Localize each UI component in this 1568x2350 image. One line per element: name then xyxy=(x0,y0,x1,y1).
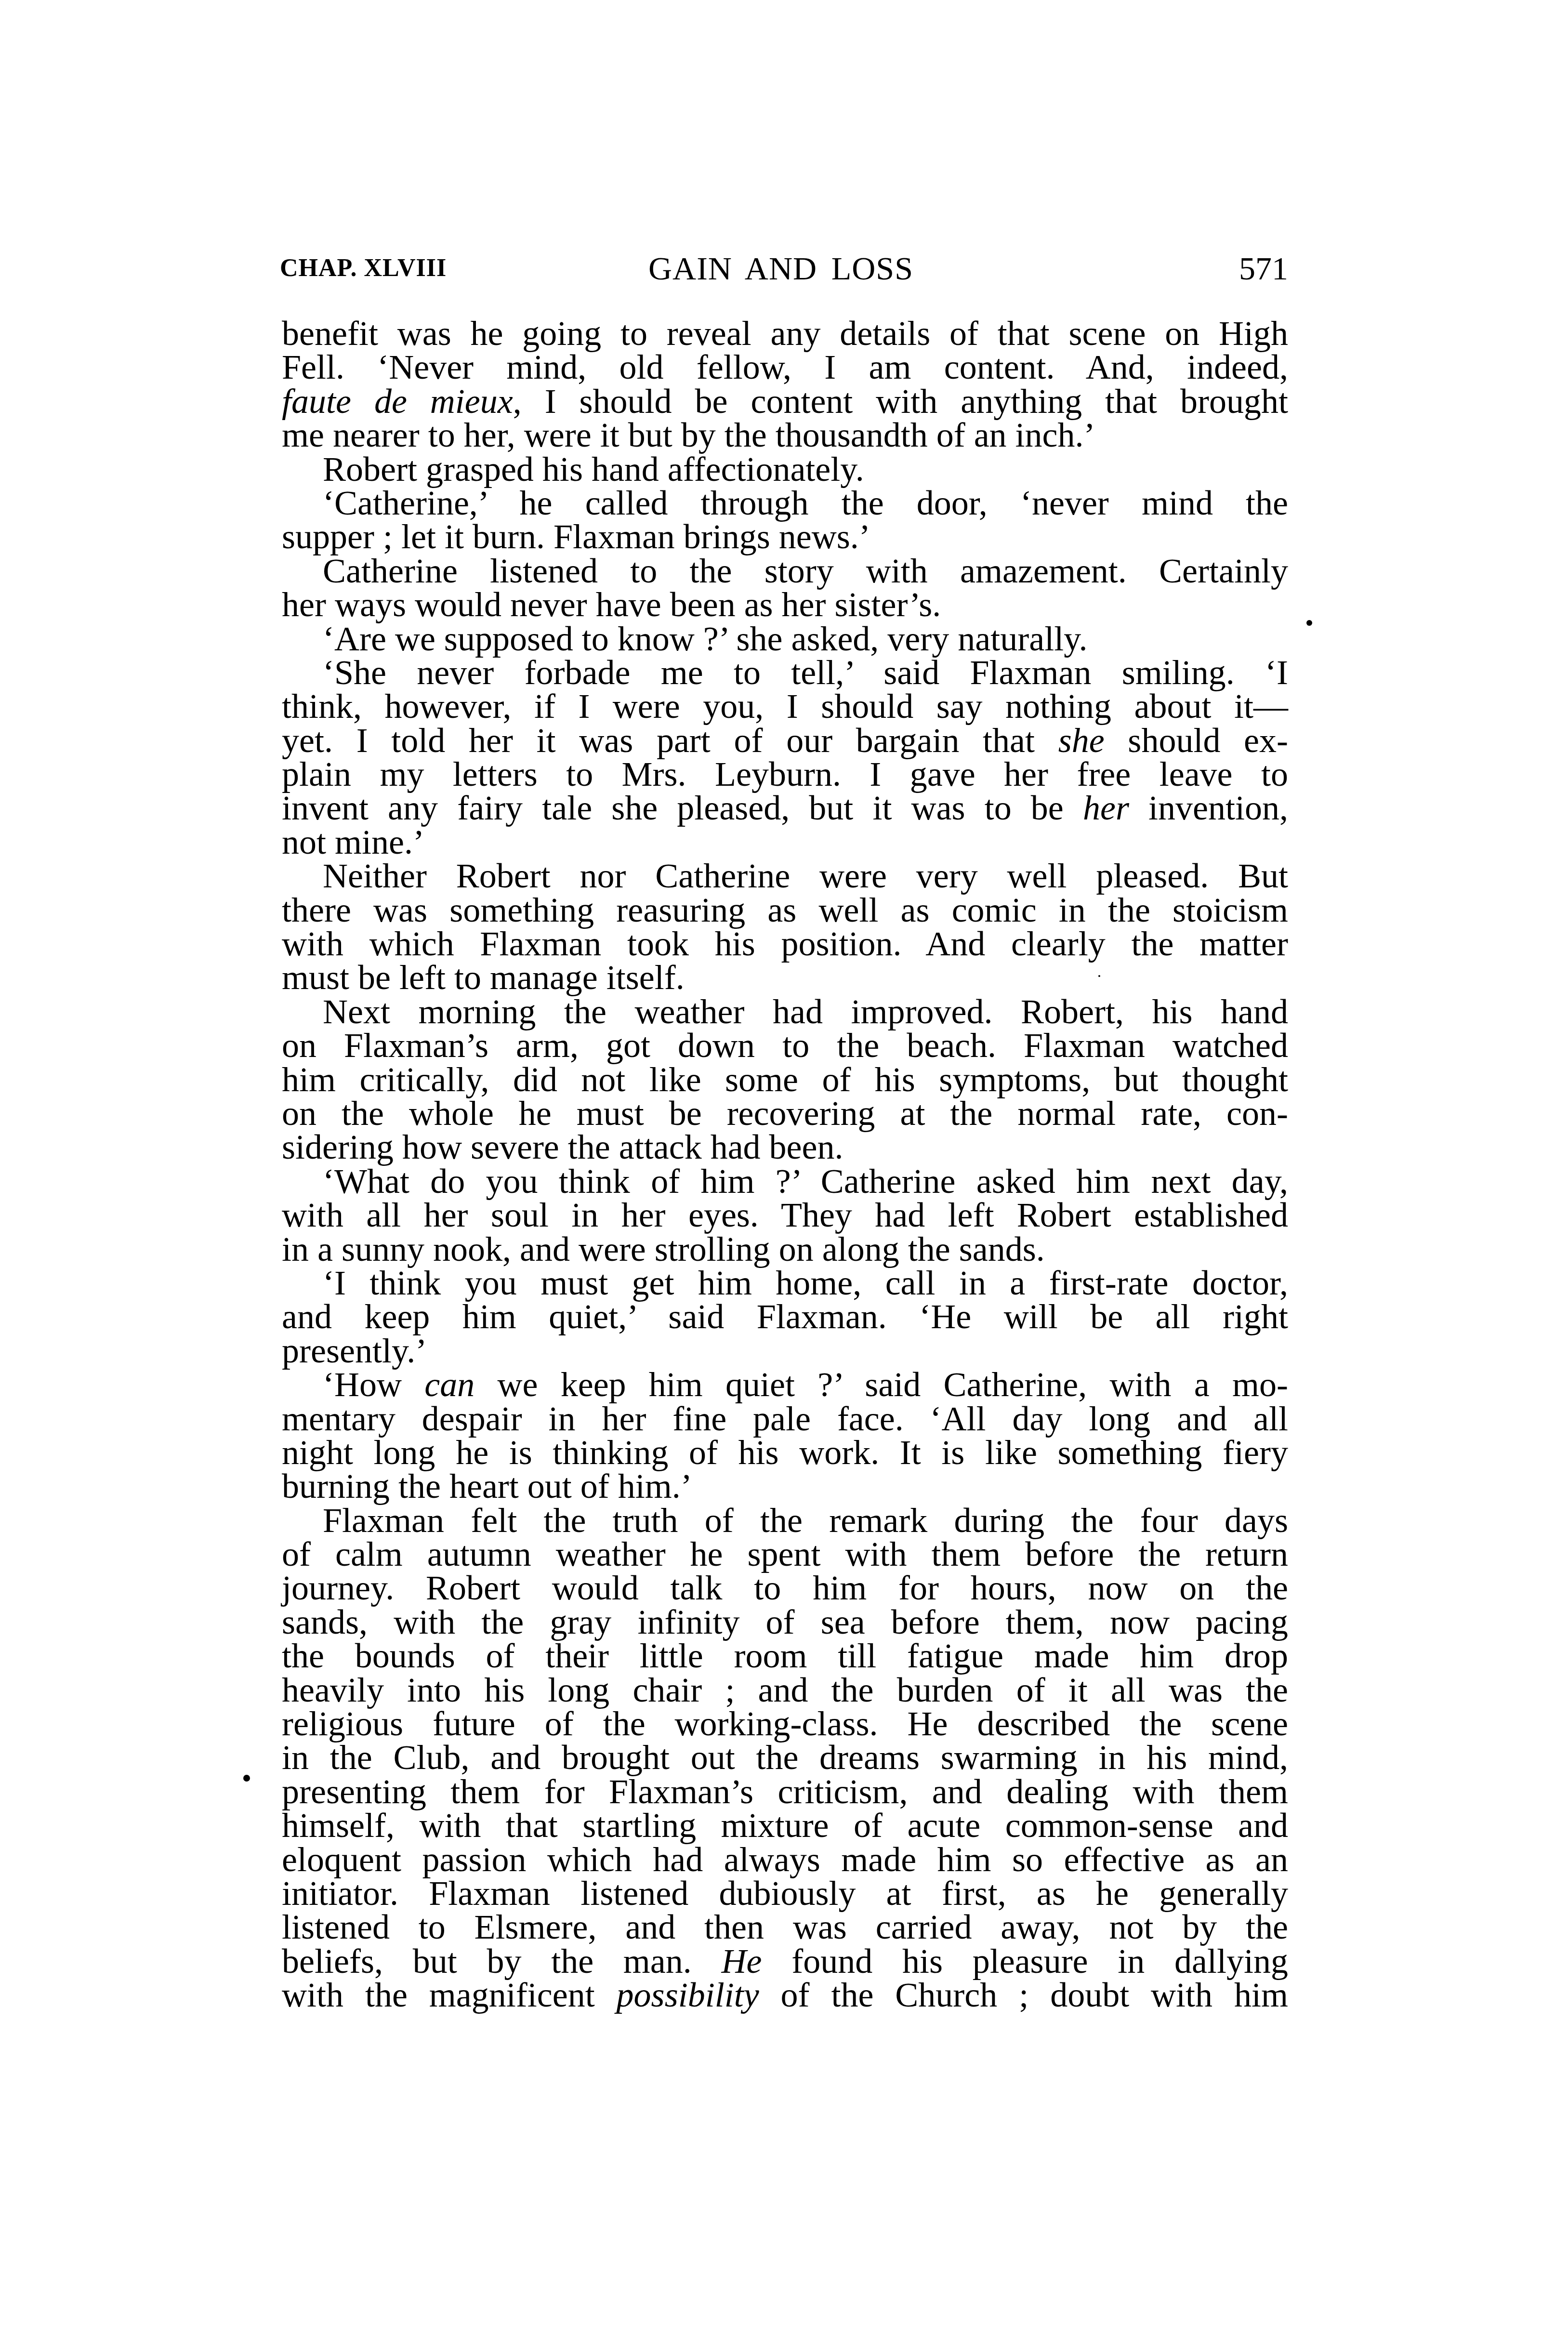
italic-text: possibility xyxy=(617,1976,759,2014)
text-line: Next morning the weather had improved. R… xyxy=(282,995,1288,1029)
text-segment: burning the heart out of him.’ xyxy=(282,1467,692,1505)
text-line: Neither Robert nor Catherine were very w… xyxy=(282,859,1288,893)
text-line: night long he is thinking of his work. I… xyxy=(282,1436,1288,1469)
text-segment: ‘She never forbade me to tell,’ said Fla… xyxy=(323,653,1288,692)
text-line: Flaxman felt the truth of the remark dur… xyxy=(282,1504,1288,1537)
text-segment: her ways would never have been as her si… xyxy=(282,585,941,624)
text-segment: must be left to manage itself. xyxy=(282,958,685,997)
text-segment: presenting them for Flaxman’s criticism,… xyxy=(282,1772,1288,1811)
italic-text: she xyxy=(1058,721,1105,760)
text-line: presently.’ xyxy=(282,1334,1288,1368)
text-segment: with which Flaxman took his position. An… xyxy=(282,924,1288,963)
text-line: on the whole he must be recovering at th… xyxy=(282,1096,1288,1130)
text-segment: on the whole he must be recovering at th… xyxy=(282,1094,1288,1133)
text-segment: heavily into his long chair ; and the bu… xyxy=(282,1671,1288,1709)
text-line: benefit was he going to reveal any detai… xyxy=(282,317,1288,350)
chapter-label: CHAP. XLVIII xyxy=(280,251,447,285)
text-segment: of calm autumn weather he spent with the… xyxy=(282,1535,1288,1573)
text-line: himself, with that startling mixture of … xyxy=(282,1809,1288,1842)
text-line: Robert grasped his hand affectionately. xyxy=(282,452,1288,486)
book-page: CHAP. XLVIII GAIN AND LOSS 571 benefit w… xyxy=(0,0,1568,2350)
text-line: listened to Elsmere, and then was carrie… xyxy=(282,1910,1288,1944)
text-segment: ‘What do you think of him ?’ Catherine a… xyxy=(323,1162,1288,1201)
text-line: supper ; let it burn. Flaxman brings new… xyxy=(282,520,1288,554)
text-segment: Neither Robert nor Catherine were very w… xyxy=(323,857,1288,895)
text-line: ‘She never forbade me to tell,’ said Fla… xyxy=(282,656,1288,689)
text-segment: sands, with the gray infinity of sea bef… xyxy=(282,1603,1288,1641)
text-line: ‘I think you must get him home, call in … xyxy=(282,1266,1288,1300)
text-segment: him critically, did not like some of his… xyxy=(282,1060,1288,1099)
text-line: sidering how severe the attack had been. xyxy=(282,1130,1288,1164)
text-segment: of the Church ; doubt with him xyxy=(759,1976,1288,2014)
text-line: with which Flaxman took his position. An… xyxy=(282,927,1288,961)
text-segment: supper ; let it burn. Flaxman brings new… xyxy=(282,517,870,556)
text-line: Fell. ‘Never mind, old fellow, I am cont… xyxy=(282,350,1288,384)
text-line: Catherine listened to the story with ama… xyxy=(282,554,1288,588)
text-line: must be left to manage itself. xyxy=(282,961,1288,994)
text-segment: night long he is thinking of his work. I… xyxy=(282,1433,1288,1472)
text-line: faute de mieux, I should be content with… xyxy=(282,384,1288,418)
text-line: burning the heart out of him.’ xyxy=(282,1469,1288,1503)
text-segment: plain my letters to Mrs. Leyburn. I gave… xyxy=(282,755,1288,793)
text-segment: think, however, if I were you, I should … xyxy=(282,687,1288,726)
text-line: religious future of the working-class. H… xyxy=(282,1707,1288,1741)
text-segment: Fell. ‘Never mind, old fellow, I am cont… xyxy=(282,348,1288,386)
text-segment: benefit was he going to reveal any detai… xyxy=(282,314,1288,353)
text-line: ‘Are we supposed to know ?’ she asked, v… xyxy=(282,622,1288,656)
text-segment: sidering how severe the attack had been. xyxy=(282,1128,843,1166)
italic-text: her xyxy=(1083,789,1129,827)
text-line: me nearer to her, were it but by the tho… xyxy=(282,418,1288,452)
text-line: there was something reasuring as well as… xyxy=(282,893,1288,927)
text-line: journey. Robert would talk to him for ho… xyxy=(282,1571,1288,1605)
text-segment: found his pleasure in dallying xyxy=(762,1942,1288,1980)
text-line: presenting them for Flaxman’s criticism,… xyxy=(282,1775,1288,1809)
text-line: mentary despair in her fine pale face. ‘… xyxy=(282,1402,1288,1436)
body-text: benefit was he going to reveal any detai… xyxy=(282,317,1288,2012)
text-line: the bounds of their little room till fat… xyxy=(282,1639,1288,1673)
text-segment: we keep him quiet ?’ said Catherine, wit… xyxy=(474,1365,1288,1404)
page-number: 571 xyxy=(1224,251,1288,285)
text-line: sands, with the gray infinity of sea bef… xyxy=(282,1605,1288,1639)
text-line: plain my letters to Mrs. Leyburn. I gave… xyxy=(282,757,1288,791)
italic-text: He xyxy=(722,1942,762,1980)
text-segment: eloquent passion which had always made h… xyxy=(282,1840,1288,1879)
italic-text: faute de mieux xyxy=(282,382,513,421)
text-line: her ways would never have been as her si… xyxy=(282,588,1288,621)
text-segment: Catherine listened to the story with ama… xyxy=(323,552,1288,590)
text-segment: ‘Are we supposed to know ?’ she asked, v… xyxy=(323,620,1088,658)
text-segment: himself, with that startling mixture of … xyxy=(282,1806,1288,1845)
text-line: not mine.’ xyxy=(282,825,1288,859)
ink-speck xyxy=(243,1775,250,1782)
text-line: with the magnificent possibility of the … xyxy=(282,1978,1288,2012)
text-segment: Robert grasped his hand affectionately. xyxy=(323,450,864,488)
text-line: yet. I told her it was part of our barga… xyxy=(282,724,1288,757)
text-segment: me nearer to her, were it but by the tho… xyxy=(282,416,1095,454)
text-segment: and keep him quiet,’ said Flaxman. ‘He w… xyxy=(282,1297,1288,1336)
text-segment: journey. Robert would talk to him for ho… xyxy=(282,1569,1288,1607)
text-line: heavily into his long chair ; and the bu… xyxy=(282,1673,1288,1707)
text-segment: Flaxman felt the truth of the remark dur… xyxy=(323,1501,1288,1540)
text-line: ‘What do you think of him ?’ Catherine a… xyxy=(282,1164,1288,1198)
text-segment: with the magnificent xyxy=(282,1976,617,2014)
text-segment: with all her soul in her eyes. They had … xyxy=(282,1196,1288,1234)
text-segment: ‘How xyxy=(323,1365,424,1404)
ink-speck xyxy=(1306,620,1312,626)
text-segment: on Flaxman’s arm, got down to the beach.… xyxy=(282,1026,1288,1065)
text-segment: religious future of the working-class. H… xyxy=(282,1704,1288,1743)
text-line: in a sunny nook, and were strolling on a… xyxy=(282,1232,1288,1266)
text-segment: yet. I told her it was part of our barga… xyxy=(282,721,1058,760)
text-line: eloquent passion which had always made h… xyxy=(282,1843,1288,1876)
text-segment: in the Club, and brought out the dreams … xyxy=(282,1738,1288,1777)
text-line: invent any fairy tale she pleased, but i… xyxy=(282,791,1288,825)
text-line: of calm autumn weather he spent with the… xyxy=(282,1537,1288,1571)
text-segment: beliefs, but by the man. xyxy=(282,1942,722,1980)
text-segment: the bounds of their little room till fat… xyxy=(282,1637,1288,1675)
text-segment: should ex- xyxy=(1105,721,1288,760)
text-segment: not mine.’ xyxy=(282,823,424,861)
text-segment: ‘I think you must get him home, call in … xyxy=(323,1264,1288,1302)
text-segment: presently.’ xyxy=(282,1332,427,1370)
text-segment: ‘Catherine,’ he called through the door,… xyxy=(323,484,1288,522)
text-line: beliefs, but by the man. He found his pl… xyxy=(282,1944,1288,1978)
text-line: and keep him quiet,’ said Flaxman. ‘He w… xyxy=(282,1300,1288,1333)
text-segment: invention, xyxy=(1129,789,1288,827)
text-line: ‘How can we keep him quiet ?’ said Cathe… xyxy=(282,1368,1288,1401)
text-line: on Flaxman’s arm, got down to the beach.… xyxy=(282,1029,1288,1062)
italic-text: can xyxy=(424,1365,474,1404)
text-segment: invent any fairy tale she pleased, but i… xyxy=(282,789,1083,827)
text-line: think, however, if I were you, I should … xyxy=(282,689,1288,723)
text-segment: in a sunny nook, and were strolling on a… xyxy=(282,1230,1045,1268)
text-segment: Next morning the weather had improved. R… xyxy=(323,992,1288,1031)
ink-speck xyxy=(1098,975,1100,977)
text-segment: listened to Elsmere, and then was carrie… xyxy=(282,1908,1288,1946)
running-title: GAIN AND LOSS xyxy=(648,251,913,285)
text-line: him critically, did not like some of his… xyxy=(282,1063,1288,1096)
text-segment: mentary despair in her fine pale face. ‘… xyxy=(282,1399,1288,1438)
text-line: in the Club, and brought out the dreams … xyxy=(282,1741,1288,1774)
text-line: with all her soul in her eyes. They had … xyxy=(282,1198,1288,1232)
text-segment: there was something reasuring as well as… xyxy=(282,891,1288,929)
text-segment: , I should be content with anything that… xyxy=(513,382,1288,421)
text-segment: initiator. Flaxman listened dubiously at… xyxy=(282,1874,1288,1913)
text-line: initiator. Flaxman listened dubiously at… xyxy=(282,1876,1288,1910)
text-line: ‘Catherine,’ he called through the door,… xyxy=(282,486,1288,520)
